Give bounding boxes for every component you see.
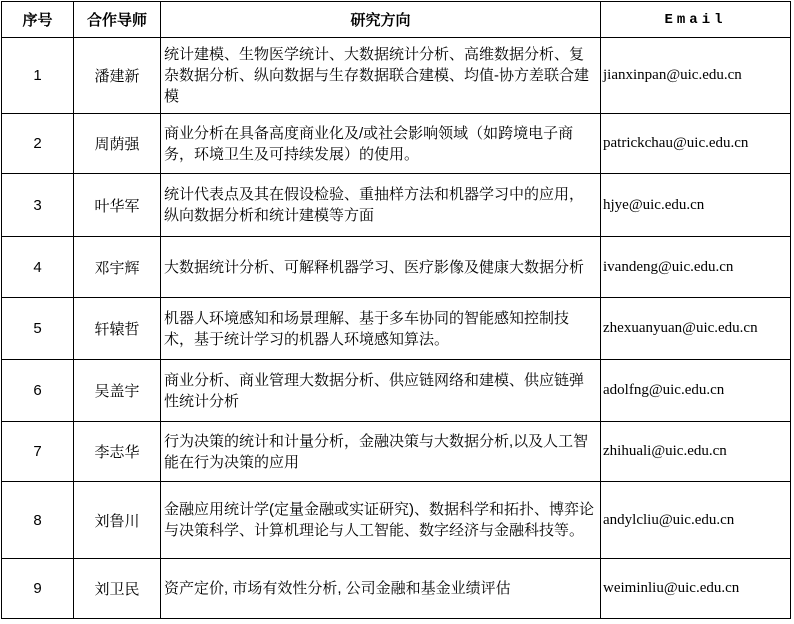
header-email: Email [601,2,791,38]
research-direction-cell: 商业分析、商业管理大数据分析、供应链网络和建模、供应链弹性统计分析 [161,360,601,422]
email-cell: patrickchau@uic.edu.cn [601,114,791,174]
row-number-cell: 2 [2,114,74,174]
email-cell: ivandeng@uic.edu.cn [601,237,791,298]
email-cell: jianxinpan@uic.edu.cn [601,38,791,114]
row-number-cell: 6 [2,360,74,422]
research-direction-cell: 大数据统计分析、可解释机器学习、医疗影像及健康大数据分析 [161,237,601,298]
mentor-name-cell: 轩辕哲 [74,298,161,360]
row-number-cell: 4 [2,237,74,298]
mentor-name-cell: 吴盖宇 [74,360,161,422]
email-cell: andylcliu@uic.edu.cn [601,482,791,559]
row-number-cell: 5 [2,298,74,360]
mentor-name-cell: 李志华 [74,422,161,482]
research-direction-cell: 统计代表点及其在假设检验、重抽样方法和机器学习中的应用，纵向数据分析和统计建模等… [161,174,601,237]
table-row: 4 邓宇辉 大数据统计分析、可解释机器学习、医疗影像及健康大数据分析 ivand… [2,237,791,298]
mentor-name-cell: 周荫强 [74,114,161,174]
mentor-name-cell: 刘卫民 [74,559,161,619]
research-direction-cell: 行为决策的统计和计量分析，金融决策与大数据分析,以及人工智能在行为决策的应用 [161,422,601,482]
email-cell: zhexuanyuan@uic.edu.cn [601,298,791,360]
row-number-cell: 8 [2,482,74,559]
row-number-cell: 9 [2,559,74,619]
table-row: 5 轩辕哲 机器人环境感知和场景理解、基于多车协同的智能感知控制技术，基于统计学… [2,298,791,360]
research-direction-cell: 商业分析在具备高度商业化及/或社会影响领域（如跨境电子商务，环境卫生及可持续发展… [161,114,601,174]
header-research: 研究方向 [161,2,601,38]
row-number-cell: 7 [2,422,74,482]
table-row: 3 叶华军 统计代表点及其在假设检验、重抽样方法和机器学习中的应用，纵向数据分析… [2,174,791,237]
research-direction-cell: 统计建模、生物医学统计、大数据统计分析、高维数据分析、复杂数据分析、纵向数据与生… [161,38,601,114]
table-row: 8 刘鲁川 金融应用统计学(定量金融或实证研究)、数据科学和拓扑、博弈论与决策科… [2,482,791,559]
header-mentor: 合作导师 [74,2,161,38]
research-direction-cell: 机器人环境感知和场景理解、基于多车协同的智能感知控制技术，基于统计学习的机器人环… [161,298,601,360]
email-cell: hjye@uic.edu.cn [601,174,791,237]
mentor-name-cell: 邓宇辉 [74,237,161,298]
mentor-name-cell: 刘鲁川 [74,482,161,559]
mentor-table: 序号 合作导师 研究方向 Email 1 潘建新 统计建模、生物医学统计、大数据… [1,1,791,619]
mentor-name-cell: 叶华军 [74,174,161,237]
row-number-cell: 1 [2,38,74,114]
table-header-row: 序号 合作导师 研究方向 Email [2,2,791,38]
research-direction-cell: 金融应用统计学(定量金融或实证研究)、数据科学和拓扑、博弈论与决策科学、计算机理… [161,482,601,559]
mentor-name-cell: 潘建新 [74,38,161,114]
table-row: 1 潘建新 统计建模、生物医学统计、大数据统计分析、高维数据分析、复杂数据分析、… [2,38,791,114]
header-no: 序号 [2,2,74,38]
table-row: 9 刘卫民 资产定价, 市场有效性分析, 公司金融和基金业绩评估 weiminl… [2,559,791,619]
research-direction-cell: 资产定价, 市场有效性分析, 公司金融和基金业绩评估 [161,559,601,619]
table-row: 7 李志华 行为决策的统计和计量分析，金融决策与大数据分析,以及人工智能在行为决… [2,422,791,482]
email-cell: zhihuali@uic.edu.cn [601,422,791,482]
table-row: 2 周荫强 商业分析在具备高度商业化及/或社会影响领域（如跨境电子商务，环境卫生… [2,114,791,174]
email-cell: adolfng@uic.edu.cn [601,360,791,422]
table-row: 6 吴盖宇 商业分析、商业管理大数据分析、供应链网络和建模、供应链弹性统计分析 … [2,360,791,422]
mentor-table-page: 序号 合作导师 研究方向 Email 1 潘建新 统计建模、生物医学统计、大数据… [0,1,794,624]
row-number-cell: 3 [2,174,74,237]
email-cell: weiminliu@uic.edu.cn [601,559,791,619]
